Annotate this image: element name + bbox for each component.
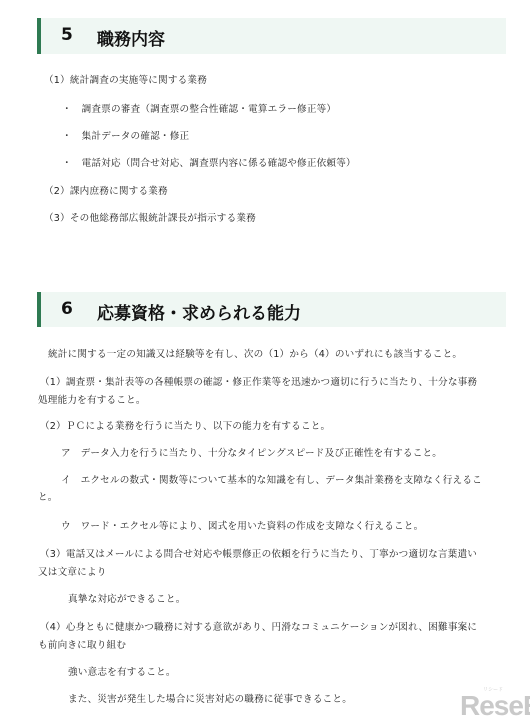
qualification-4-cont3: また、災害が発生した場合に災害対応の職務に従事できること。: [68, 691, 352, 705]
section-number: 5: [61, 25, 73, 45]
reseed-logo: ReseEd: [460, 690, 530, 722]
duty-subitem: ・ 調査票の審査（調査票の整合性確認・電算エラー修正等）: [62, 101, 336, 115]
section-number: 6: [61, 299, 73, 319]
qualification-2b-cont: と。: [38, 489, 58, 503]
qualification-1: （1）調査票・集計表等の各種帳票の確認・修正作業等を迅速かつ適切に行うに当たり、…: [40, 374, 477, 388]
qualification-3-cont2: 真摯な対応ができること。: [68, 591, 186, 605]
section-title: 応募資格・求められる能力: [97, 299, 301, 324]
qualification-1-cont: 処理能力を有すること。: [38, 392, 146, 406]
duty-item-1: （1）統計調査の実施等に関する業務: [44, 72, 207, 86]
section-5-heading: 5 職務内容: [37, 18, 506, 54]
qualification-4-cont: も前向きに取り組む: [38, 637, 126, 651]
qualification-4-cont2: 強い意志を有すること。: [68, 664, 176, 678]
qualification-3-cont: 又は文章により: [38, 564, 107, 578]
duty-subitem: ・ 電話対応（問合せ対応、調査票内容に係る確認や修正依頼等）: [62, 155, 356, 169]
section-6-heading: 6 応募資格・求められる能力: [37, 292, 506, 327]
duty-subitem: ・ 集計データの確認・修正: [62, 128, 189, 142]
qualification-3: （3）電話又はメールによる問合せ対応や帳票修正の依頼を行うに当たり、丁寧かつ適切…: [40, 546, 477, 560]
qualification-2: （2）ＰＣによる業務を行うに当たり、以下の能力を有すること。: [40, 418, 330, 432]
qualification-2b: イ エクセルの数式・関数等について基本的な知識を有し、データ集計業務を支障なく行…: [61, 472, 482, 486]
qualification-2a: ア データ入力を行うに当たり、十分なタイピングスピード及び正確性を有すること。: [61, 445, 442, 459]
duty-item-2: （2）課内庶務に関する業務: [44, 183, 168, 197]
qualification-2c: ウ ワード・エクセル等により、図式を用いた資料の作成を支障なく行えること。: [61, 518, 423, 532]
qualification-intro: 統計に関する一定の知識又は経験等を有し、次の（1）から（4）のいずれにも該当する…: [48, 346, 462, 360]
duty-item-3: （3）その他総務部広報統計課長が指示する業務: [44, 210, 256, 224]
qualification-4: （4）心身ともに健康かつ職務に対する意欲があり、円滑なコミュニケーションが図れ、…: [40, 619, 477, 633]
section-title: 職務内容: [97, 25, 165, 50]
